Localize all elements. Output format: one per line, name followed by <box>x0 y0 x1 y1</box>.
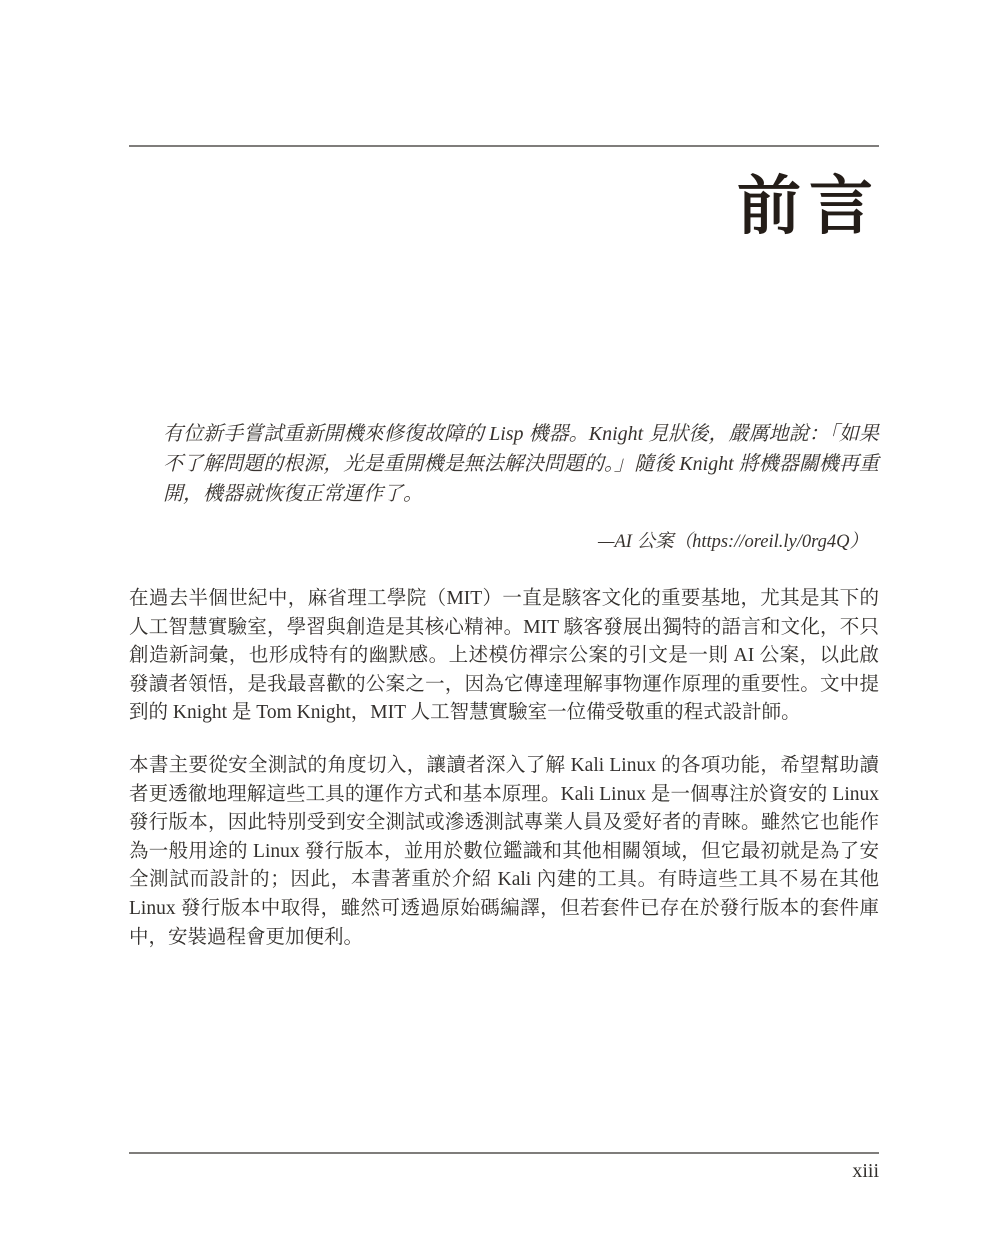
epigraph-quote: 有位新手嘗試重新開機來修復故障的 Lisp 機器。Knight 見狀後，嚴厲地說… <box>163 419 879 509</box>
page-number: xiii <box>129 1160 879 1183</box>
paragraph-1: 在過去半個世紀中，麻省理工學院（MIT）一直是駭客文化的重要基地，尤其是其下的人… <box>129 585 879 728</box>
quote-attribution: —AI 公案（https://oreil.ly/0rg4Q） <box>129 529 868 555</box>
header-rule <box>129 145 879 147</box>
body-text: 在過去半個世紀中，麻省理工學院（MIT）一直是駭客文化的重要基地，尤其是其下的人… <box>129 585 879 952</box>
footer-rule <box>129 1152 879 1154</box>
page-title: 前言 <box>129 170 881 244</box>
book-page: 前言 有位新手嘗試重新開機來修復故障的 Lisp 機器。Knight 見狀後，嚴… <box>0 0 1000 1243</box>
paragraph-2: 本書主要從安全測試的角度切入，讓讀者深入了解 Kali Linux 的各項功能，… <box>129 752 879 952</box>
